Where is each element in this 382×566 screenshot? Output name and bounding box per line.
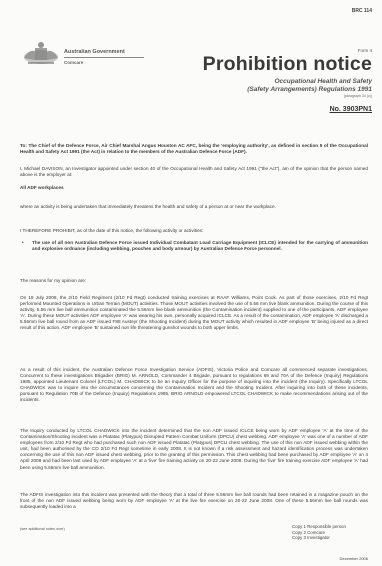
- government-name: Australian Government: [64, 49, 144, 58]
- investigator-paragraph: I, Michael DAVISON, an Investigator appo…: [20, 166, 368, 178]
- recipient-paragraph: To: The Chief of the Defence Force, Air …: [20, 143, 368, 155]
- page-title: Prohibition notice: [203, 53, 372, 76]
- reason-paragraph: The Inquiry conducted by LTCOL CHADWICK …: [20, 428, 368, 471]
- copy-item: Copy 3 Investigator: [292, 535, 346, 541]
- form-date: December 2006: [340, 556, 368, 561]
- prohibition-notice-page: BRC 114 Australian Government Comcare Fo…: [0, 0, 382, 566]
- notice-number: No. 3903PN1: [330, 106, 372, 113]
- regulation-reference: (paragraph 34 (c)): [344, 94, 372, 98]
- continued-note: (see additional notes over): [20, 527, 65, 531]
- reason-paragraph: The ADFIS investigation into this incide…: [20, 492, 368, 510]
- regulation-title-line2: (Safety Arrangements) Regulations 1991: [247, 86, 372, 93]
- regulation-title-line1: Occupational Health and Safety: [274, 78, 372, 85]
- reasons-heading: The reasons for my opinion are:: [20, 278, 368, 284]
- prohibited-activity-text: The use of all non Australian Defence Fo…: [32, 240, 368, 251]
- workplace-label: All ADF workplaces: [20, 185, 368, 191]
- coat-of-arms-icon: [20, 40, 62, 68]
- prohibition-statement: I THEREFORE PROHIBIT, as of the date of …: [20, 228, 368, 234]
- reason-paragraph: On 19 July 2008, the 2/10 Field Regiment…: [20, 295, 368, 332]
- department-name: Comcare: [64, 60, 83, 65]
- form-code: BRC 114: [352, 8, 372, 14]
- prohibited-activity-item: • The use of all non Australian Defence …: [32, 240, 368, 252]
- reason-paragraph: As a result of this incident, the Austra…: [20, 367, 368, 404]
- bullet-icon: •: [22, 240, 24, 246]
- copy-item: Copy 1 Responsible person: [292, 524, 346, 530]
- activity-condition-paragraph: where an activity is being undertaken th…: [20, 204, 368, 210]
- government-logo: Australian Government Comcare: [20, 40, 150, 70]
- copy-distribution-list: Copy 1 Responsible person Copy 2 Comcare…: [292, 524, 346, 541]
